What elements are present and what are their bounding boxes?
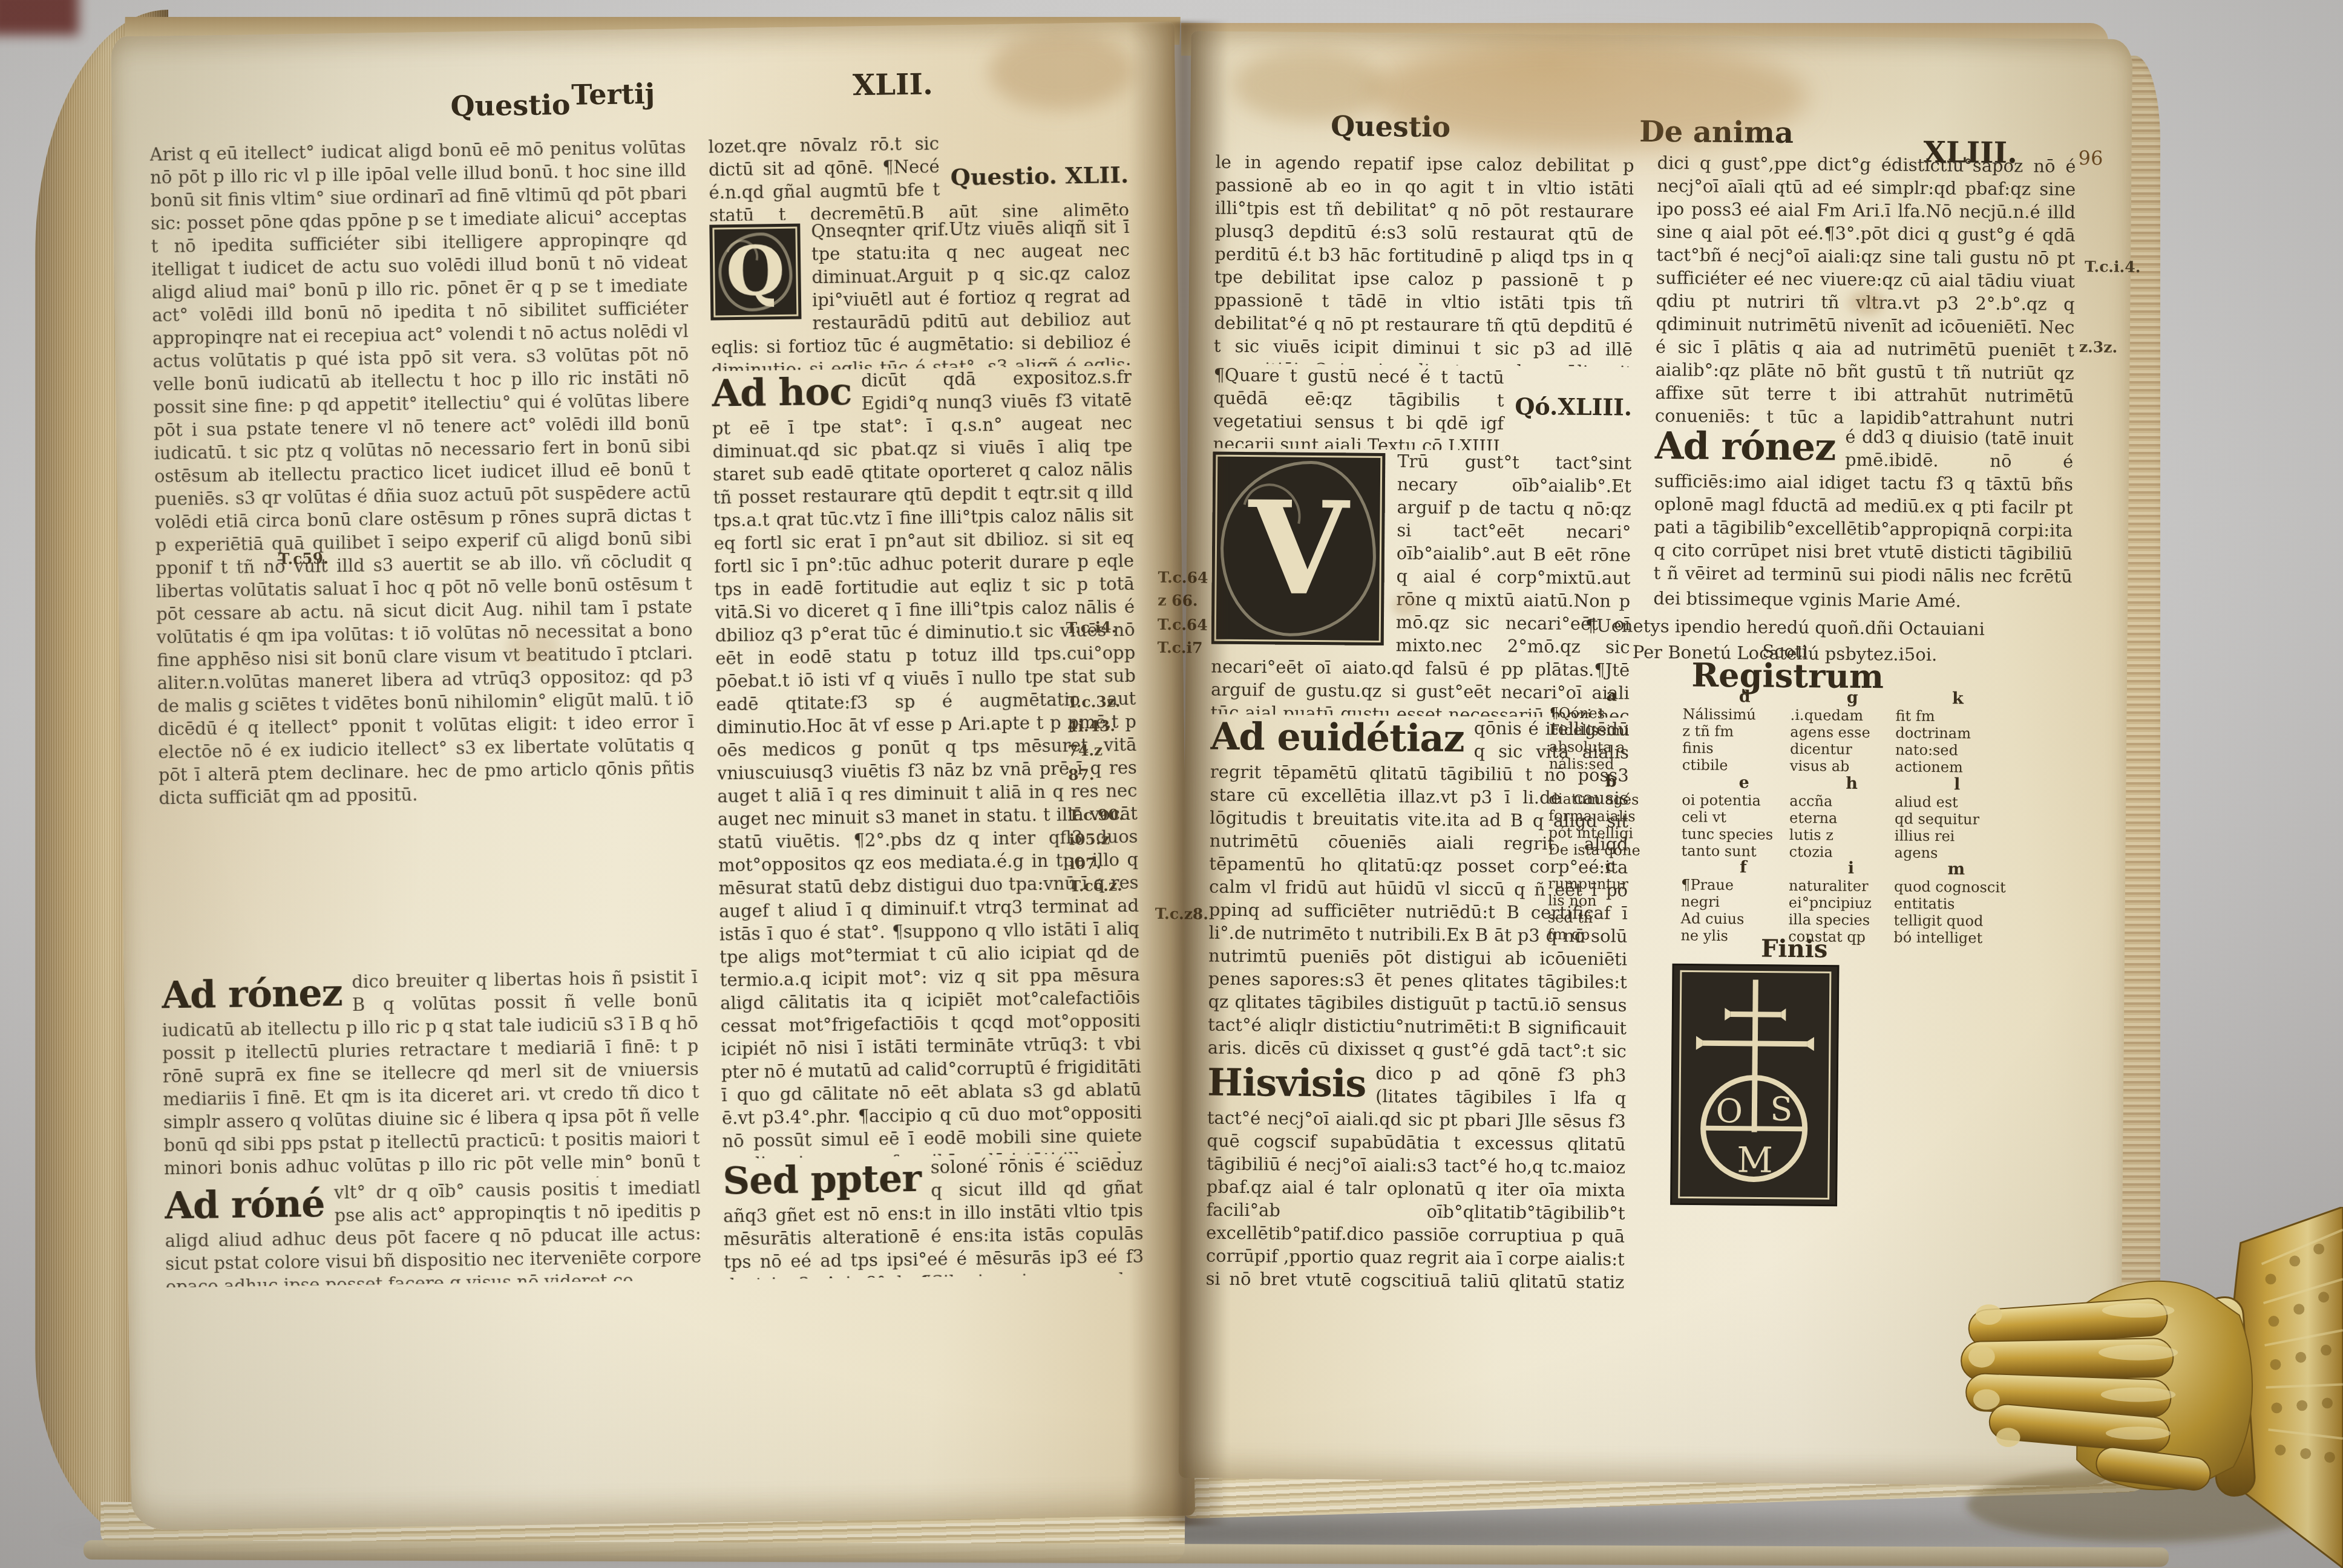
registrum-cell-a: a ¶Qónes Fidelissimi absoluta a nális:se…: [1549, 685, 1674, 773]
photo-scene: Questio Tertij XLII. Arist q eū itellect…: [0, 0, 2343, 1568]
device-letter-m: M: [1737, 1139, 1773, 1181]
catchword: Nálissimú: [1683, 705, 1807, 724]
catchword: finis: [1682, 739, 1806, 757]
left-col1-section-ad-rationem: Ad rónévlt° dr q oīb° causis positis t i…: [164, 1176, 701, 1287]
page-number-96: 96: [2079, 146, 2103, 169]
subhead-quaestio-xliii: Qó.XLIII.: [1515, 393, 1632, 422]
right-running-head-de-anima: De anima: [1639, 115, 1794, 150]
catchword: doctrinam: [1895, 724, 2019, 742]
marginal-note: T.c.i.4.: [2085, 255, 2141, 279]
heading-ad-evidentiam: Ad euidétiaz: [1210, 714, 1464, 762]
catchword: qd sequitur: [1895, 810, 2019, 828]
left-folio-number-xlii: XLII.: [853, 67, 933, 102]
marginal-note: T.c.i4.: [1066, 615, 1116, 640]
catchword: pót intelligi: [1548, 824, 1673, 842]
book-gutter-shadow: [1129, 22, 1228, 1526]
woodcut-initial-v: V: [1211, 452, 1386, 645]
catchword: quod cognoscit: [1894, 878, 2018, 896]
registrum-cell-m: m quod cognoscit entitatis telligit quod…: [1893, 859, 2018, 947]
quire-letter: b: [1549, 771, 1673, 791]
woodcut-initial-q: Q: [709, 224, 801, 321]
right-col2-section-ad-rationes: Ad rónezé dd3 q diuisio (tatē inuit pmē.…: [1653, 423, 2073, 590]
catchword: tunc species: [1682, 825, 1806, 843]
marginal-note: T.c.90.: [1069, 803, 1124, 828]
gilded-hand-page-weight: [1958, 1207, 2343, 1568]
marginal-note: i05.z: [1069, 827, 1110, 852]
registrum-cell-c: c rumpuntur lis non sed tñ fm qp: [1547, 856, 1672, 944]
right-col2-top-paragraph: dici q gust°,ppe dict°g édistictiu°sapoz…: [1655, 151, 2076, 427]
finis-label: Finis: [1728, 934, 1861, 964]
catchword: fit fm: [1896, 707, 2020, 725]
paragraph-text: ¶Quare t gustū necé é t tactū quēdā eē:q…: [1213, 365, 1506, 452]
stain: [988, 31, 1135, 111]
heading-ad-hoc: Ad hoc: [712, 369, 852, 416]
left-col1-section-ad-rationes: Ad rónezdico breuiter q libertas hois ñ …: [161, 965, 700, 1183]
catchword: Ad cuius: [1681, 910, 1805, 928]
catchword: oi potentia: [1682, 791, 1806, 809]
catchword: lis non: [1548, 892, 1672, 910]
heading-ad-rationem: Ad róné: [164, 1181, 325, 1229]
catchword: forma aialis: [1548, 807, 1673, 825]
left-column-1: Arist q eū itellect° iudicat aligd bonū …: [149, 136, 701, 1287]
catchword: nato:sed: [1895, 741, 2019, 759]
subhead-questio-xlii: Questio. XLII.: [950, 161, 1129, 191]
catchword: aliud est: [1895, 793, 2019, 811]
quire-letter: k: [1896, 688, 2020, 708]
catchword: bó intelliget: [1893, 929, 2017, 947]
right-column-2: dici q gust°,ppe dict°g édistictiu°sapoz…: [1653, 151, 2076, 615]
catchword: rumpuntur: [1548, 875, 1672, 893]
catchword: Fidelissimi: [1549, 721, 1673, 739]
marginal-note: T.c.3z.: [1067, 690, 1121, 714]
marginal-note: T.có.z.: [1069, 874, 1122, 898]
catchword: ctibile: [1682, 756, 1806, 774]
marginal-note: i07.: [1069, 852, 1102, 877]
right-col1-initial-paragraph: VTrū gust°t tact°sint necary oīb°aialib°…: [1211, 448, 1632, 718]
catchword: celi vt: [1682, 808, 1806, 826]
left-running-head-tertij: Tertij: [571, 77, 655, 111]
left-col2-top-paragraph: Questio. XLII.lozet.qre nōvalz rō.t sic …: [708, 129, 1129, 221]
marginal-note: T.c59.: [278, 546, 329, 571]
registrum-cell-f: f ¶Praue negri Ad cuius ne ylis: [1680, 857, 1805, 945]
left-page: Questio Tertij XLII. Arist q eū itellect…: [111, 22, 1195, 1530]
printer-device-octavianus-scotus: O S M: [1670, 963, 1840, 1206]
heading-ad-rationes: Ad rónez: [161, 970, 342, 1018]
quire-letter: c: [1548, 856, 1672, 876]
catchword: absoluta a: [1549, 738, 1673, 756]
left-col2-section-sed-ppter: Sed pptersoloné rōnis é sciēduz q sicut …: [723, 1153, 1144, 1280]
registrum-cell-l: l aliud est qd sequitur illius rei agens: [1895, 774, 2019, 862]
left-col2-initial-paragraph: QQnseqnter qrif.Utz viuēs aliqñ sit ī tp…: [709, 215, 1131, 371]
quire-letter: e: [1682, 773, 1806, 792]
quire-letter: f: [1681, 857, 1805, 877]
right-col1-top-paragraph: le in agendo repatif ipse caloz debilita…: [1214, 151, 1634, 367]
catchword: negri: [1681, 893, 1805, 911]
catchword: telligit quod: [1894, 912, 2018, 930]
left-running-head-questio: Questio: [450, 88, 571, 123]
catchword: diatum agés: [1548, 790, 1673, 808]
registrum-cell-k: k fit fm doctrinam nato:sed actionem: [1895, 688, 2020, 776]
registrum-cell-b: b diatum agés forma aialis pót intelligi…: [1548, 771, 1673, 859]
device-letter-o: O: [1716, 1092, 1743, 1130]
left-col1-paragraph: Arist q eū itellect° iudicat aligd bonū …: [149, 136, 697, 973]
catchword: entitatis: [1894, 895, 2018, 913]
heading-ad-rationes: Ad rónez: [1654, 423, 1835, 470]
right-col1-section-his-visis: Hisvisisdico p ad qōnē f3 ph3 (litates t…: [1205, 1060, 1626, 1293]
catchword: fm qp: [1547, 926, 1671, 944]
amen-line: dei btissimeque vginis Marie Amé.: [1653, 587, 2072, 615]
catchword: actionem: [1895, 758, 2019, 776]
registrum-cell-e: e oi potentia celi vt tunc species tanto…: [1682, 773, 1806, 860]
catchword: nális:sed: [1549, 755, 1673, 773]
heading-sed-ppter: Sed ppter: [723, 1156, 922, 1204]
marginal-note: z.3z.: [2079, 335, 2118, 360]
catchword: ¶Qónes: [1550, 704, 1674, 722]
device-letter-s: S: [1770, 1090, 1793, 1128]
catchword: illius rei: [1895, 827, 2019, 845]
heading-his-visis: Hisvisis: [1207, 1060, 1366, 1106]
quire-letter: a: [1550, 685, 1674, 705]
quire-letter: l: [1895, 774, 2019, 794]
background-corner-shadow: [0, 0, 79, 35]
marginal-note: 4i.43.: [1067, 714, 1116, 739]
right-running-head-questio: Questio: [1331, 109, 1451, 143]
marginal-note: 87.: [1068, 763, 1095, 788]
marginal-note: 74.z: [1067, 739, 1103, 763]
catchword: z tñ fm: [1682, 722, 1806, 740]
registrum-cell-d: d Nálissimú z tñ fm finis ctibile: [1682, 687, 1807, 774]
catchword: ¶Praue: [1681, 876, 1805, 894]
right-col1-quare-paragraph: Qó.XLIII.¶Quare t gustū necé é t tactū q…: [1213, 364, 1632, 452]
quire-letter: m: [1894, 859, 2018, 879]
quire-letter: d: [1683, 687, 1807, 707]
catchword: sed tñ: [1548, 909, 1672, 927]
